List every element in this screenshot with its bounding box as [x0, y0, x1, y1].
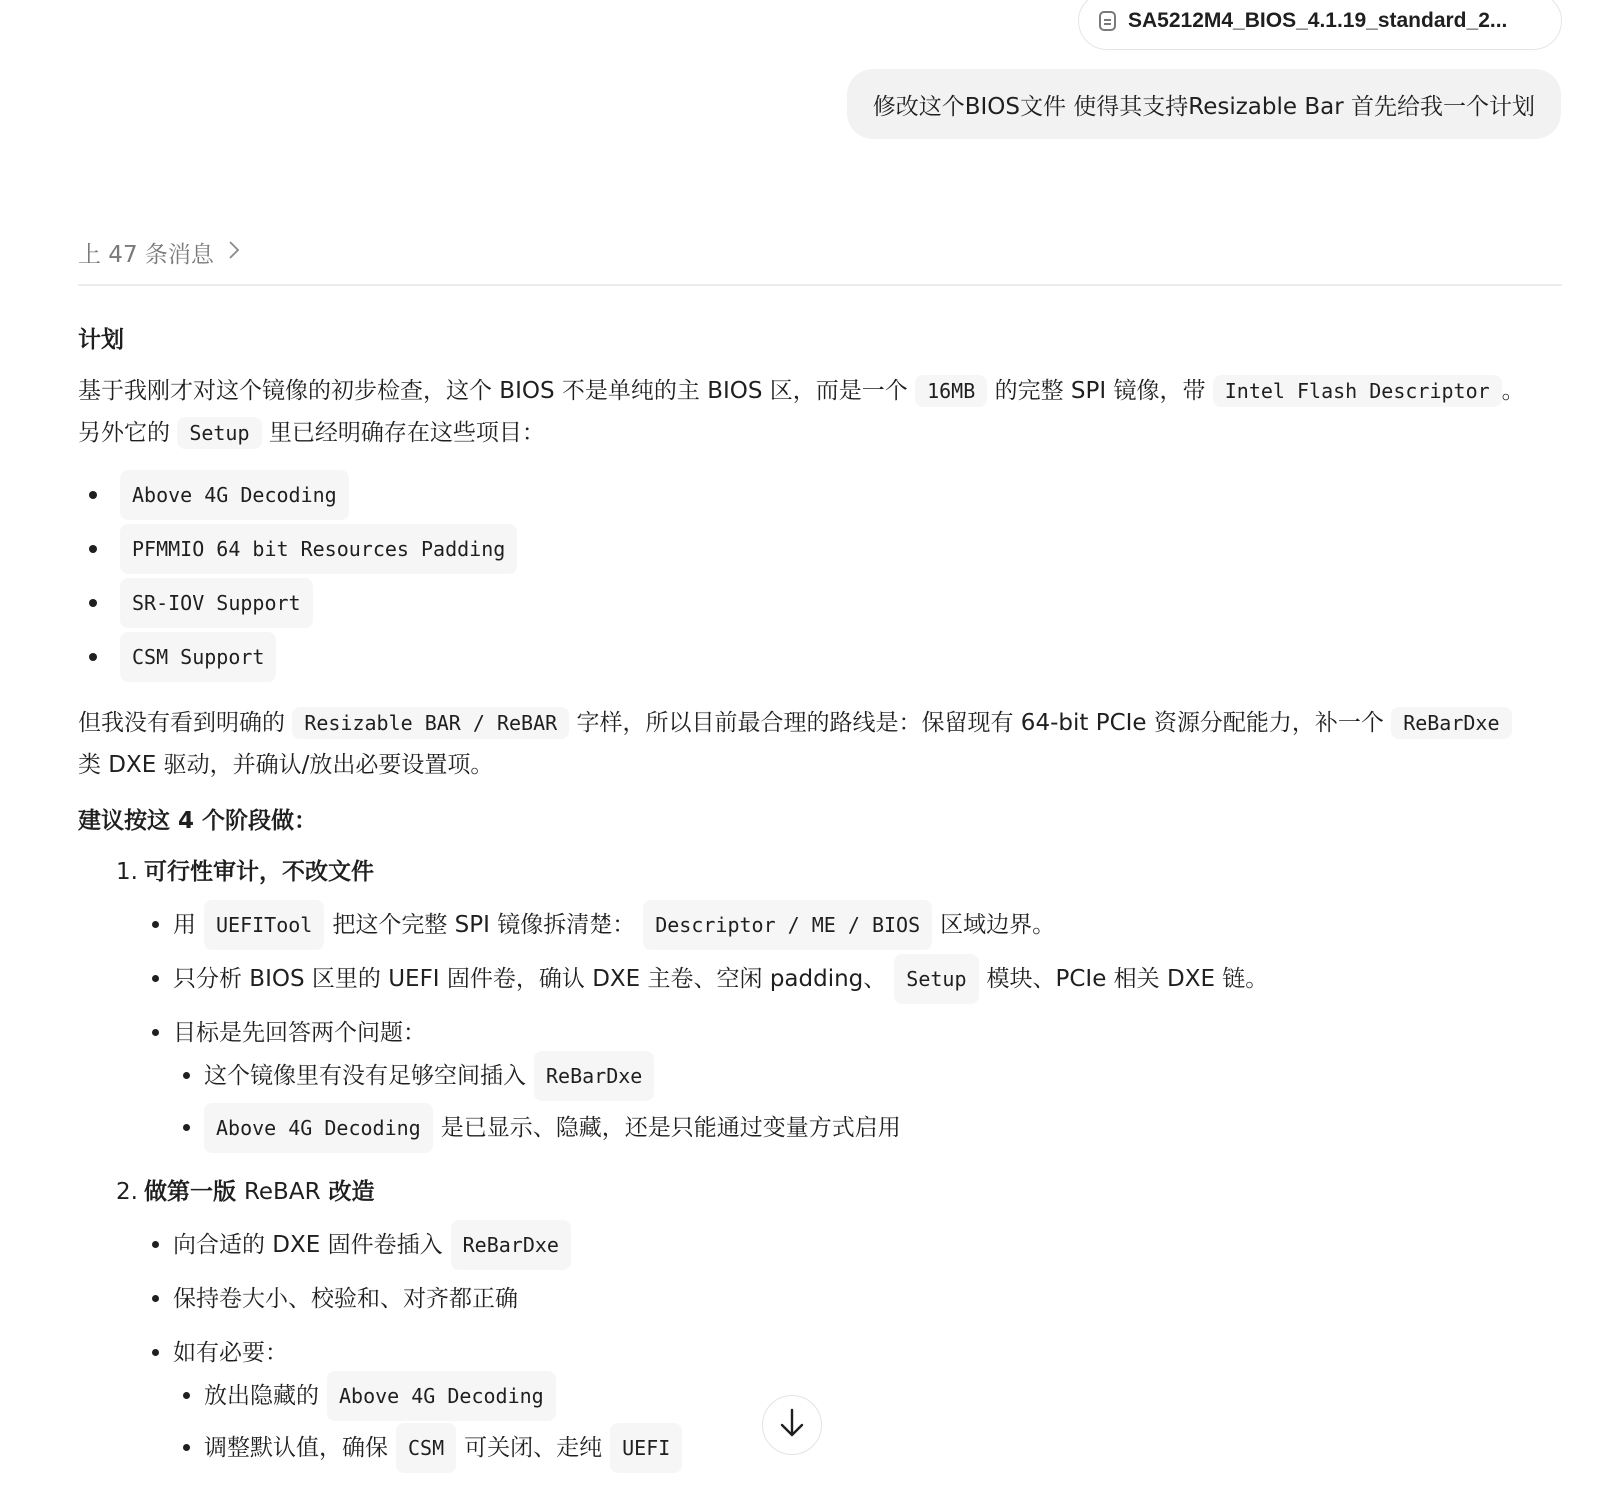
list-item: SR-IOV Support [84, 576, 1538, 630]
scroll-to-bottom-button[interactable] [762, 1395, 822, 1455]
text: 区域边界。 [940, 904, 1055, 946]
assistant-response: 计划 基于我刚才对这个镜像的初步检查，这个 BIOS 不是单纯的主 BIOS 区… [78, 322, 1538, 1480]
list-item: 保持卷大小、校验和、对齐都正确 [148, 1272, 1538, 1326]
list-item: 这个镜像里有没有足够空间插入 ReBarDxe [179, 1050, 1538, 1102]
intro-paragraph: 基于我刚才对这个镜像的初步检查，这个 BIOS 不是单纯的主 BIOS 区，而是… [78, 370, 1538, 454]
inline-code: 16MB [915, 375, 987, 407]
inline-code: UEFITool [204, 900, 324, 950]
text: 只分析 BIOS 区里的 UEFI 固件卷，确认 DXE 主卷、空闲 paddi… [173, 958, 886, 1000]
phase-title: 2. 做第一版 ReBAR 改造 [116, 1166, 1538, 1218]
text: 但我没有看到明确的 [78, 710, 285, 736]
inline-code: CSM [396, 1423, 456, 1473]
phase-steps: 用 UEFITool 把这个完整 SPI 镜像拆清楚： Descriptor /… [148, 898, 1538, 1154]
divider [78, 284, 1562, 286]
plan-heading: 计划 [78, 322, 1538, 358]
inline-code: ReBarDxe [534, 1051, 654, 1101]
list-item: Above 4G Decoding 是已显示、隐藏，还是只能通过变量方式启用 [179, 1102, 1538, 1154]
text: 里已经明确存在这些项目： [269, 420, 545, 446]
text: 字样，所以目前最合理的路线是：保留现有 64-bit PCIe 资源分配能力，补… [577, 710, 1384, 736]
inline-code: SR-IOV Support [120, 578, 313, 628]
arrow-down-icon [778, 1407, 806, 1443]
list-item: 目标是先回答两个问题： 这个镜像里有没有足够空间插入 ReBarDxe Abov… [148, 1006, 1538, 1154]
text: 调整默认值，确保 [204, 1427, 388, 1469]
inline-code: Setup [177, 417, 261, 449]
inline-code: Above 4G Decoding [120, 470, 349, 520]
phase-title-text: 改造 [329, 1171, 375, 1213]
inline-code: Above 4G Decoding [204, 1103, 433, 1153]
text: 用 [173, 904, 196, 946]
previous-messages-link[interactable]: 上 47 条消息 [78, 236, 240, 269]
phases-heading: 建议按这 4 个阶段做： [78, 800, 1538, 842]
phase-item: 2. 做第一版 ReBAR 改造 向合适的 DXE 固件卷插入 ReBarDxe… [116, 1166, 1538, 1474]
phase-title-text: 做第一版 [144, 1171, 236, 1213]
route-paragraph: 但我没有看到明确的 Resizable BAR / ReBAR 字样，所以目前最… [78, 702, 1538, 786]
list-item: 调整默认值，确保 CSM 可关闭、走纯 UEFI [179, 1422, 1538, 1474]
inline-code: ReBarDxe [451, 1220, 571, 1270]
inline-code: UEFI [610, 1423, 682, 1473]
text: 放出隐藏的 [204, 1375, 319, 1417]
inline-code: Above 4G Decoding [327, 1371, 556, 1421]
attachment-name: SA5212M4_BIOS_4.1.19_standard_2... [1128, 9, 1507, 33]
list-item: 只分析 BIOS 区里的 UEFI 固件卷，确认 DXE 主卷、空闲 paddi… [148, 952, 1538, 1006]
inline-code: Resizable BAR / ReBAR [292, 707, 569, 739]
previous-messages-label: 上 47 条消息 [78, 236, 214, 269]
file-icon [1099, 11, 1116, 31]
nested-list: 放出隐藏的 Above 4G Decoding 调整默认值，确保 CSM 可关闭… [179, 1370, 1538, 1474]
phase-number: 1. [116, 851, 138, 893]
inline-code: Intel Flash Descriptor [1213, 375, 1502, 407]
attachment-chip[interactable]: SA5212M4_BIOS_4.1.19_standard_2... [1078, 0, 1562, 50]
phase-title-text: ReBAR [244, 1171, 321, 1213]
list-item: PFMMIO 64 bit Resources Padding [84, 522, 1538, 576]
text: 模块、PCIe 相关 DXE 链。 [987, 958, 1269, 1000]
inline-code: ReBarDxe [1391, 707, 1511, 739]
phase-title: 1. 可行性审计，不改文件 [116, 846, 1538, 898]
phase-item: 1. 可行性审计，不改文件 用 UEFITool 把这个完整 SPI 镜像拆清楚… [116, 846, 1538, 1154]
list-item: 放出隐藏的 Above 4G Decoding [179, 1370, 1538, 1422]
phase-number: 2. [116, 1171, 138, 1213]
text: 向合适的 DXE 固件卷插入 [173, 1224, 443, 1266]
text: 这个镜像里有没有足够空间插入 [204, 1055, 526, 1097]
user-message: 修改这个BIOS文件 使得其支持Resizable Bar 首先给我一个计划 [847, 69, 1561, 139]
inline-code: Descriptor / ME / BIOS [643, 900, 932, 950]
phase-steps: 向合适的 DXE 固件卷插入 ReBarDxe 保持卷大小、校验和、对齐都正确 … [148, 1218, 1538, 1474]
text: 可关闭、走纯 [464, 1427, 602, 1469]
inline-code: PFMMIO 64 bit Resources Padding [120, 524, 517, 574]
text: 基于我刚才对这个镜像的初步检查，这个 BIOS 不是单纯的主 BIOS 区，而是… [78, 378, 908, 404]
chevron-right-icon [228, 240, 240, 266]
list-item: 如有必要： 放出隐藏的 Above 4G Decoding 调整默认值，确保 C… [148, 1326, 1538, 1474]
list-item: 向合适的 DXE 固件卷插入 ReBarDxe [148, 1218, 1538, 1272]
text: 目标是先回答两个问题： [173, 1012, 426, 1054]
list-item: CSM Support [84, 630, 1538, 684]
existing-items-list: Above 4G Decoding PFMMIO 64 bit Resource… [84, 468, 1538, 684]
text: 如有必要： [173, 1332, 288, 1374]
text: 把这个完整 SPI 镜像拆清楚： [332, 904, 635, 946]
list-item: 用 UEFITool 把这个完整 SPI 镜像拆清楚： Descriptor /… [148, 898, 1538, 952]
phase-title-text: 可行性审计，不改文件 [144, 851, 374, 893]
text: 保持卷大小、校验和、对齐都正确 [173, 1278, 518, 1320]
text: 类 DXE 驱动，并确认/放出必要设置项。 [78, 752, 493, 778]
list-item: Above 4G Decoding [84, 468, 1538, 522]
inline-code: Setup [894, 954, 978, 1004]
text: 的完整 SPI 镜像，带 [995, 378, 1206, 404]
nested-list: 这个镜像里有没有足够空间插入 ReBarDxe Above 4G Decodin… [179, 1050, 1538, 1154]
phases-list: 1. 可行性审计，不改文件 用 UEFITool 把这个完整 SPI 镜像拆清楚… [116, 846, 1538, 1474]
inline-code: CSM Support [120, 632, 276, 682]
text: 是已显示、隐藏，还是只能通过变量方式启用 [441, 1107, 901, 1149]
